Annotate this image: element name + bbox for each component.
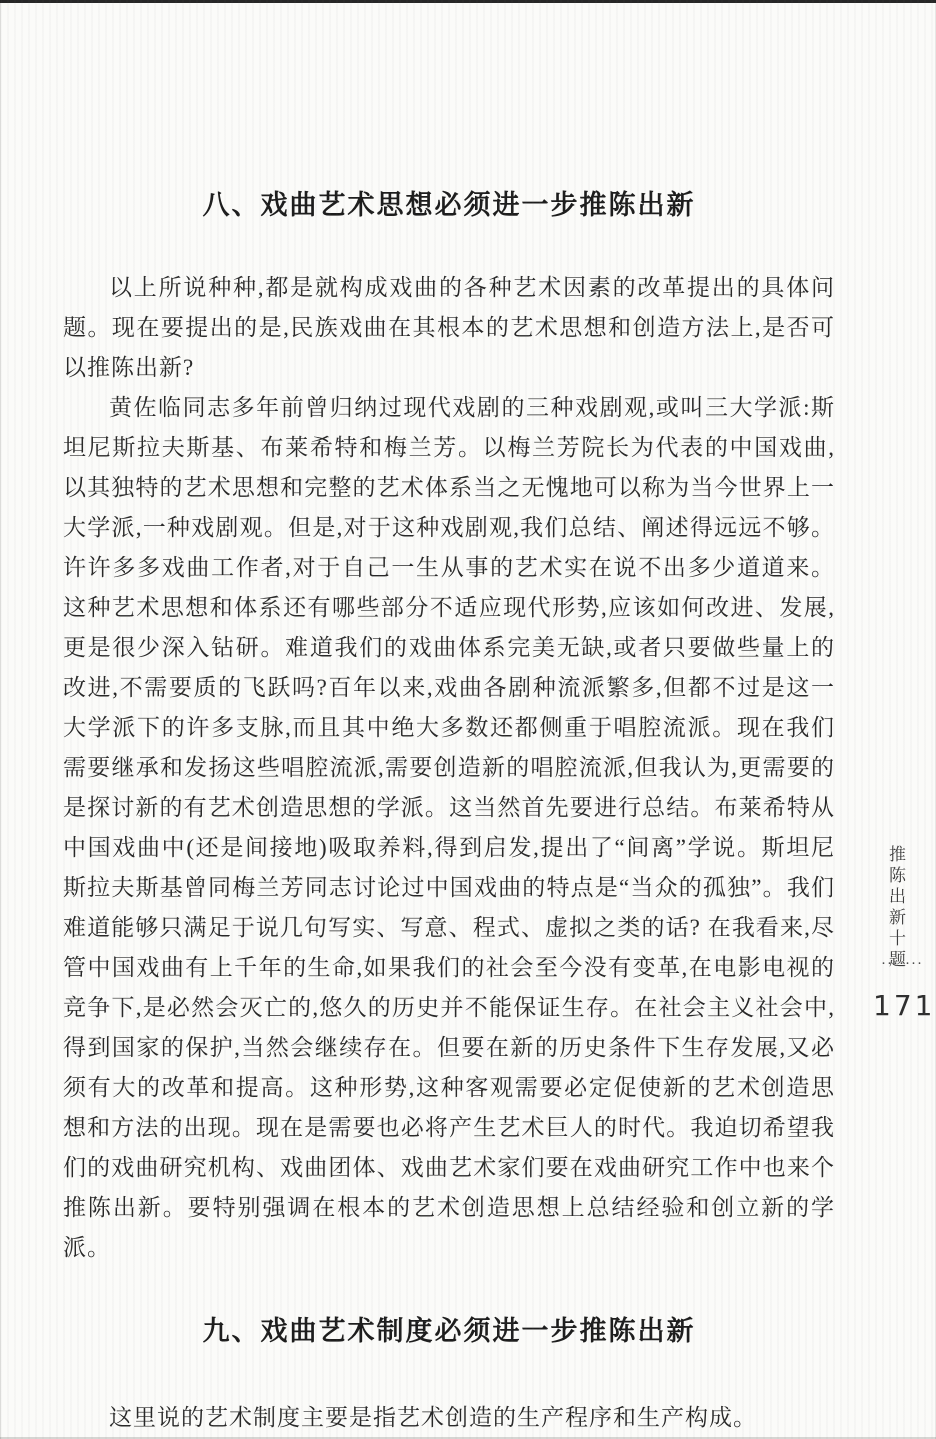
page-content: 八、戏曲艺术思想必须进一步推陈出新 以上所说种种,都是就构成戏曲的各种艺术因素的… <box>63 188 835 1438</box>
section-9-heading: 九、戏曲艺术制度必须进一步推陈出新 <box>63 1314 835 1348</box>
page-left-edge <box>0 0 1 1439</box>
section-8-paragraph-1: 以上所说种种,都是就构成戏曲的各种艺术因素的改革提出的具体问题。现在要提出的是,… <box>63 268 835 388</box>
margin-caption: 推陈出新十题 <box>883 845 908 971</box>
book-page: 八、戏曲艺术思想必须进一步推陈出新 以上所说种种,都是就构成戏曲的各种艺术因素的… <box>0 0 936 1439</box>
section-9-paragraph-1: 这里说的艺术制度主要是指艺术创造的生产程序和生产构成。 <box>63 1398 835 1438</box>
section-8-paragraph-2: 黄佐临同志多年前曾归纳过现代戏剧的三种戏剧观,或叫三大学派:斯坦尼斯拉夫斯基、布… <box>63 388 835 1268</box>
section-8-heading: 八、戏曲艺术思想必须进一步推陈出新 <box>63 188 835 222</box>
page-top-edge <box>0 0 936 3</box>
page-number: 171 <box>873 989 935 1022</box>
margin-leader-dots: ······· <box>881 956 936 973</box>
